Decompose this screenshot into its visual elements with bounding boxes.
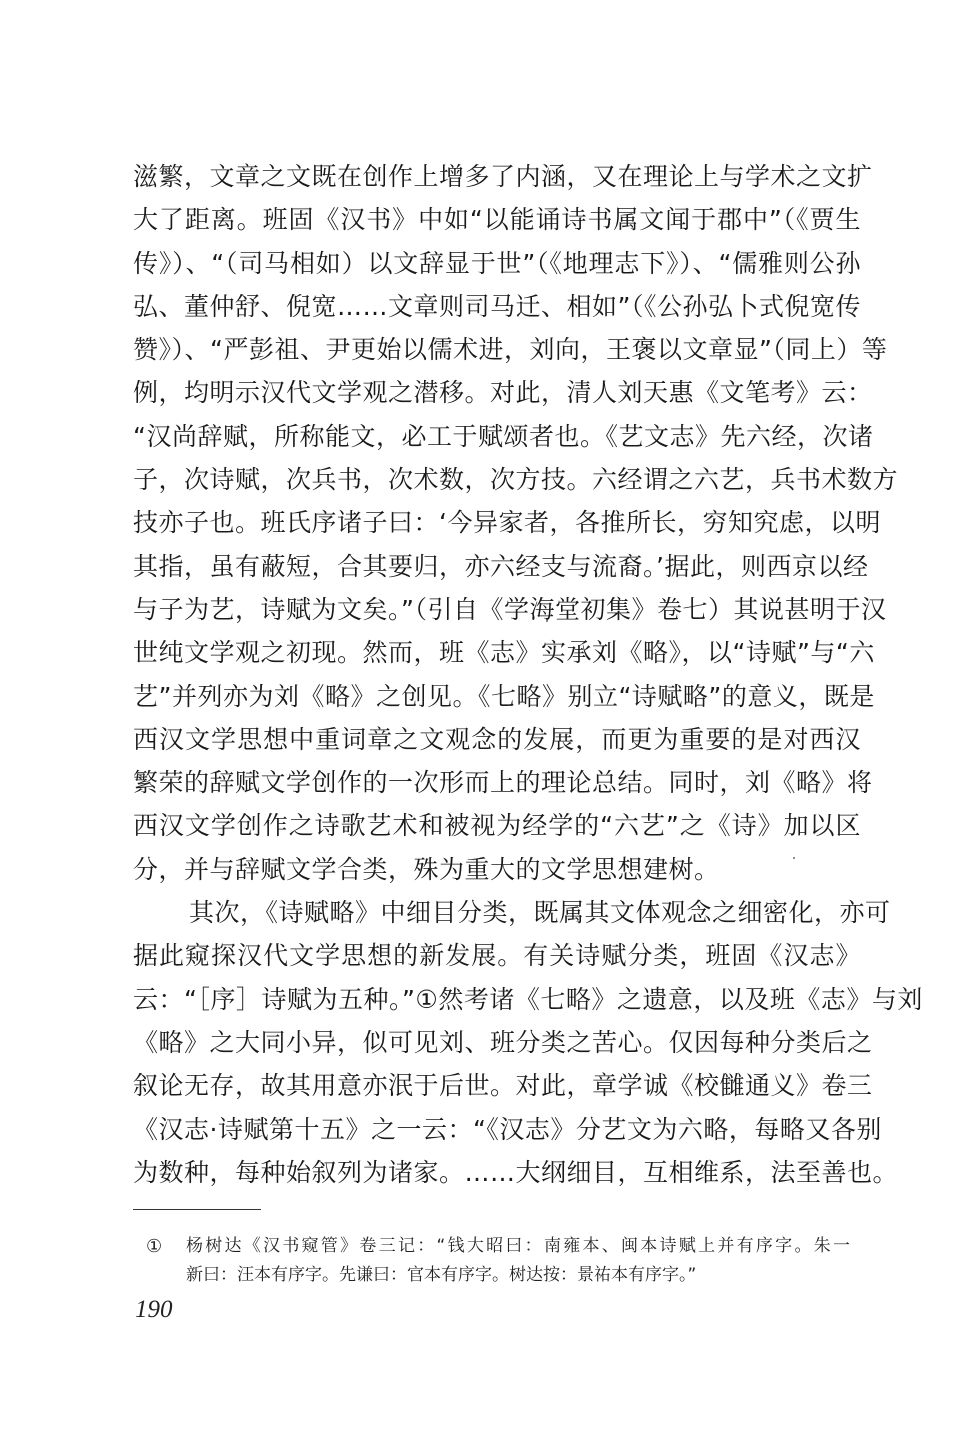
scan-speck (546, 620, 548, 622)
text-line: 为数种，每种始叙列为诸家。……大纲细目，互相维系，法至善也。 (133, 1151, 861, 1194)
text-line: 其指，虽有蔽短，合其要归，亦六经支与流裔。’据此，则西京以经 (133, 545, 861, 588)
paragraph-end-line: 分，并与辞赋文学合类，殊为重大的文学思想建树。 (133, 848, 861, 891)
text-line: 艺”并列亦为刘《略》之创见。《七略》别立“诗赋略”的意义，既是 (133, 675, 861, 718)
text-line: 弘、董仲舒、倪宽……文章则司马迁、相如”（《公孙弘卜式倪宽传 (133, 285, 861, 328)
text-line: 滋繁，文章之文既在创作上增多了内涵，又在理论上与学术之文扩 (133, 155, 861, 198)
text-line: 传》）、“（司马相如）以文辞显于世”（《地理志下》）、“儒雅则公孙 (133, 242, 861, 285)
text-line: 赞》）、“严彭祖、尹更始以儒术进，刘向，王褒以文章显”（同上）等 (133, 328, 861, 371)
paragraph-start-line: 其次，《诗赋略》中细目分类，既属其文体观念之细密化，亦可 (133, 891, 861, 934)
text-line: 《汉志·诗赋第十五》之一云：“《汉志》分艺文为六略，每略又各别 (133, 1108, 861, 1151)
footnote: ① 杨树达《汉书窥管》卷三记：“钱大昭曰：南雍本、闽本诗赋上并有序字。朱一 新曰… (160, 1232, 850, 1290)
text-line: “汉尚辞赋，所称能文，必工于赋颂者也。《艺文志》先六经，次诸 (133, 415, 861, 458)
text-line: 子，次诗赋，次兵书，次术数，次方技。六经谓之六艺，兵书术数方 (133, 458, 861, 501)
text-line: 世纯文学观之初现。然而，班《志》实承刘《略》，以“诗赋”与“六 (133, 631, 861, 674)
text-line: 西汉文学创作之诗歌艺术和被视为经学的“六艺”之《诗》加以区 (133, 804, 861, 847)
text-line: 例，均明示汉代文学观之潜移。对此，清人刘天惠《文笔考》云： (133, 371, 861, 414)
main-text: 滋繁，文章之文既在创作上增多了内涵，又在理论上与学术之文扩 大了距离。班固《汉书… (133, 155, 861, 1194)
scan-speck (793, 857, 795, 859)
footnote-line: 新曰：汪本有序字。先谦曰：官本有序字。树达按：景祐本有序字。” (186, 1261, 850, 1290)
text-line: 技亦子也。班氏序诸子曰：‘今异家者，各推所长，穷知究虑，以明 (133, 501, 861, 544)
footnote-divider (133, 1209, 261, 1210)
text-line: 繁荣的辞赋文学创作的一次形而上的理论总结。同时，刘《略》将 (133, 761, 861, 804)
text-line: 与子为艺，诗赋为文矣。”（引自《学海堂初集》卷七）其说甚明于汉 (133, 588, 861, 631)
text-line: 云：“［序］诗赋为五种。”①然考诸《七略》之遗意，以及班《志》与刘 (133, 978, 861, 1021)
page-number: 190 (135, 1296, 173, 1324)
text-line: 大了距离。班固《汉书》中如“以能诵诗书属文闻于郡中”（《贾生 (133, 198, 861, 241)
footnote-line: 杨树达《汉书窥管》卷三记：“钱大昭曰：南雍本、闽本诗赋上并有序字。朱一 (186, 1232, 850, 1261)
text-line: 《略》之大同小异，似可见刘、班分类之苦心。仅因每种分类后之 (133, 1021, 861, 1064)
text-line: 叙论无存，故其用意亦泯于后世。对此，章学诚《校雠通义》卷三 (133, 1064, 861, 1107)
footnote-marker: ① (146, 1232, 166, 1261)
text-line: 据此窥探汉代文学思想的新发展。有关诗赋分类，班固《汉志》 (133, 934, 861, 977)
book-page: 滋繁，文章之文既在创作上增多了内涵，又在理论上与学术之文扩 大了距离。班固《汉书… (0, 0, 976, 1437)
text-line: 西汉文学思想中重词章之文观念的发展，而更为重要的是对西汉 (133, 718, 861, 761)
footnote-body: 杨树达《汉书窥管》卷三记：“钱大昭曰：南雍本、闽本诗赋上并有序字。朱一 新曰：汪… (160, 1232, 850, 1290)
